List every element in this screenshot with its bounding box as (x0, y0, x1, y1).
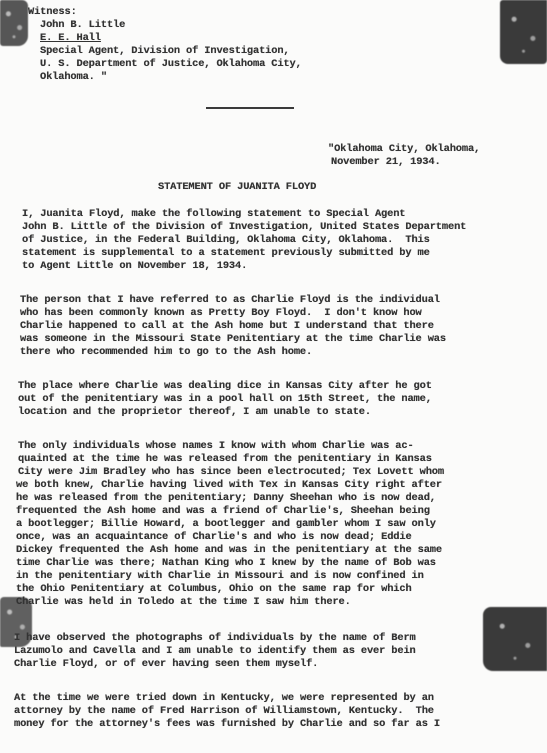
separator-rule (206, 107, 294, 109)
paragraph-line: we both knew, Charlie having lived with … (16, 479, 442, 491)
paragraph-line: City were Jim Bradley who has since been… (18, 466, 444, 478)
statement-title: STATEMENT OF JUANITA FLOYD (158, 181, 316, 193)
witness-line: Special Agent, Division of Investigation… (40, 45, 290, 57)
paragraph-line: Charlie was held in Toledo at the time I… (16, 596, 351, 608)
paragraph-line: to Agent Little on November 18, 1934. (22, 260, 247, 272)
document-page: Witness: John B. Little E. E. Hall Speci… (0, 0, 547, 753)
scan-smudge-bottom-right (483, 607, 547, 671)
paragraph-line: frequented the Ash home and was a friend… (16, 505, 430, 517)
paragraph-line: statement is supplemental to a statement… (22, 247, 430, 259)
paragraph-line: who has been commonly known as Pretty Bo… (20, 307, 422, 319)
paragraph-line: there who recommended him to go to the A… (20, 346, 312, 358)
paragraph-line: The person that I have referred to as Ch… (20, 294, 440, 306)
paragraph-line: a bootlegger; Billie Howard, a bootlegge… (16, 518, 436, 530)
witness-label: Witness: (28, 6, 77, 18)
paragraph-line: was someone in the Missouri State Penite… (20, 333, 446, 345)
scan-smudge-top-left (0, 0, 28, 46)
paragraph-line: out of the penitentiary was in a pool ha… (18, 393, 432, 405)
paragraph-line: money for the attorney's fees was furnis… (14, 718, 440, 730)
paragraph-line: At the time we were tried down in Kentuc… (14, 692, 434, 704)
witness-line: John B. Little (40, 19, 125, 31)
witness-line: Oklahoma. " (40, 71, 107, 83)
dateline-place: "Oklahoma City, Oklahoma, (328, 143, 480, 155)
paragraph-line: I have observed the photographs of indiv… (14, 632, 416, 644)
paragraph-line: time Charlie was there; Nathan King who … (16, 557, 436, 569)
scan-smudge-top-right (500, 0, 547, 64)
paragraph-line: once, was an acquaintance of Charlie's a… (16, 531, 412, 543)
paragraph-line: in the penitentiary with Charlie in Miss… (16, 570, 424, 582)
paragraph-line: Charlie Floyd, or of ever having seen th… (14, 658, 318, 670)
witness-line: E. E. Hall (40, 32, 101, 44)
paragraph-line: the Ohio Penitentiary at Columbus, Ohio … (16, 583, 412, 595)
paragraph-line: The place where Charlie was dealing dice… (18, 380, 432, 392)
paragraph-line: I, Juanita Floyd, make the following sta… (22, 208, 405, 220)
paragraph-line: he was released from the penitentiary; D… (16, 492, 436, 504)
paragraph-line: attorney by the name of Fred Harrison of… (14, 705, 434, 717)
paragraph-line: quainted at the time he was released fro… (18, 453, 432, 465)
paragraph-line: Dickey frequented the Ash home and was i… (16, 544, 442, 556)
paragraph-line: The only individuals whose names I know … (18, 440, 414, 452)
paragraph-line: John B. Little of the Division of Invest… (22, 221, 466, 233)
witness-line: U. S. Department of Justice, Oklahoma Ci… (40, 58, 302, 70)
paragraph-line: of Justice, in the Federal Building, Okl… (22, 234, 430, 246)
paragraph-line: location and the proprietor thereof, I a… (18, 406, 371, 418)
paragraph-line: Charlie happened to call at the Ash home… (20, 320, 434, 332)
dateline-date: November 21, 1934. (331, 156, 441, 168)
paragraph-line: Lazumolo and Cavella and I am unable to … (14, 645, 416, 657)
